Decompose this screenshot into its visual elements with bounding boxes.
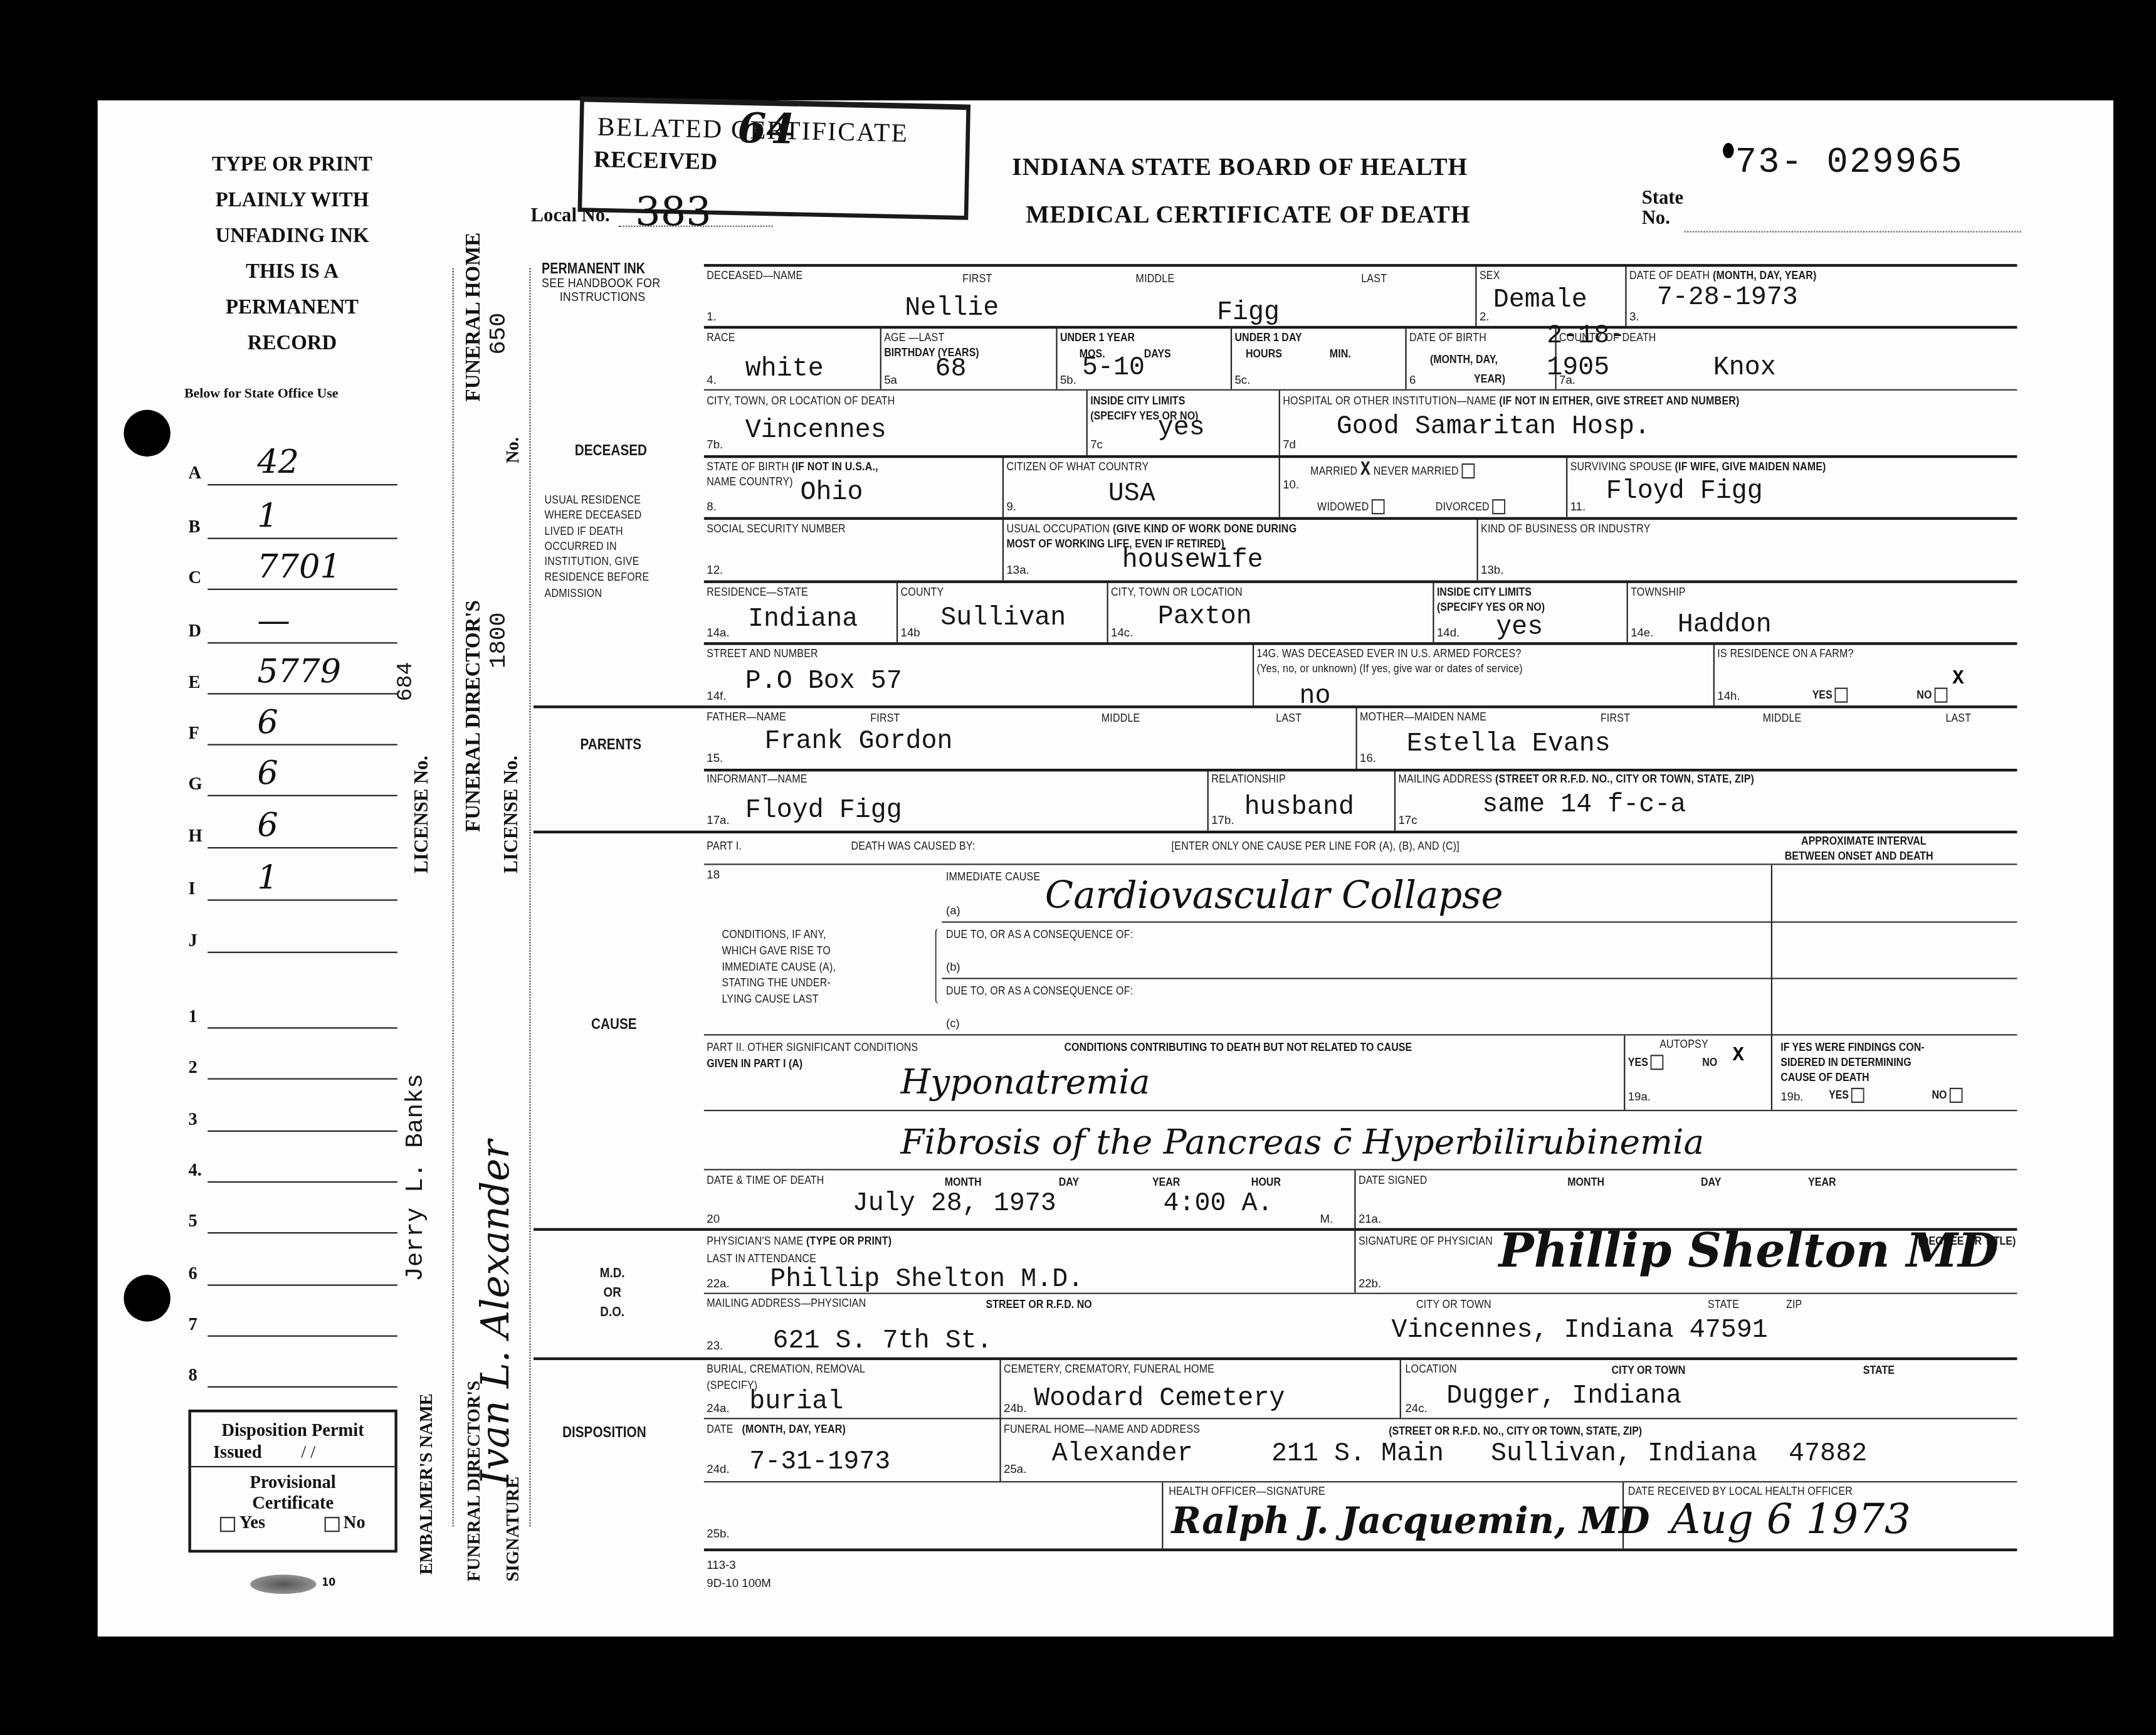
interval-label: APPROXIMATE INTERVAL (1801, 833, 1927, 847)
field-number: 23. (707, 1338, 723, 1352)
age-value[interactable]: 68 (935, 354, 966, 384)
md-or-do: M.D. OR D.O. (598, 1265, 626, 1323)
field-number: 25b. (707, 1526, 729, 1540)
field-number: 7d (1283, 437, 1296, 451)
street-label: STREET AND NUMBER (707, 646, 818, 660)
date-received-label: DATE RECEIVED BY LOCAL HEALTH OFFICER (1628, 1484, 1853, 1497)
findings-sub: SIDERED IN DETERMINING (1780, 1055, 1911, 1068)
farm-label: IS RESIDENCE ON A FARM? (1717, 646, 1853, 660)
deceased-last-name[interactable]: Figg (1217, 297, 1280, 327)
street-rfd-label: STREET OR R.F.D. NO (986, 1297, 1092, 1310)
field-number: 16. (1360, 751, 1376, 764)
field-number: 14a. (707, 626, 729, 640)
disposition-date-label: DATE (MONTH, DAY, YEAR) (707, 1422, 846, 1436)
findings-yes[interactable]: YES (1829, 1088, 1864, 1104)
year-label: YEAR (1808, 1174, 1836, 1188)
field-number: (c) (946, 1016, 960, 1030)
field-number: 17c (1398, 813, 1417, 826)
field-number: 24a. (707, 1401, 729, 1415)
section-disposition: DISPOSITION (562, 1425, 646, 1441)
other-condition-1[interactable]: Hyponatremia (901, 1062, 1150, 1102)
dob-sub2: YEAR) (1474, 371, 1505, 385)
physician-name-label: PHYSICIAN'S NAME (TYPE OR PRINT) (707, 1233, 891, 1247)
state-office-value[interactable]: 7701 (257, 547, 341, 586)
caused-by-label: DEATH WAS CAUSED BY: (851, 839, 975, 853)
field-number: 8. (707, 499, 717, 513)
m-label: M. (1320, 1211, 1333, 1225)
certificate-label: Certificate (191, 1492, 395, 1513)
autopsy-no[interactable]: NO (1702, 1055, 1717, 1068)
min-label: MIN. (1330, 347, 1351, 361)
spouse-value[interactable]: Floyd Figg (1606, 476, 1763, 506)
field-number: 3. (1629, 309, 1639, 323)
field-number: (a) (946, 904, 960, 917)
punch-hole-bottom (124, 1275, 171, 1322)
field-number: 25a. (1004, 1462, 1026, 1475)
residence-inside-city-label: INSIDE CITY LIMITS (1437, 584, 1532, 598)
state-office-value[interactable]: 1 (257, 497, 278, 535)
day-label: DAY (1059, 1174, 1079, 1188)
last-label: LAST (1945, 711, 1971, 725)
fd-signature: Ivan L. Alexander (473, 1140, 518, 1485)
state-office-label: Below for State Office Use (184, 386, 339, 401)
state-office-key: G (188, 773, 202, 795)
hospital-label: HOSPITAL OR OTHER INSTITUTION—NAME (IF N… (1283, 393, 1739, 407)
field-number: 14f. (707, 689, 726, 703)
time-of-death-label: DATE & TIME OF DEATH (707, 1173, 824, 1187)
farm-no-checked[interactable]: X (1952, 668, 1964, 690)
state-office-row: G6 (188, 773, 397, 798)
state-office-key: 6 (188, 1262, 197, 1284)
field-number: 12. (707, 562, 723, 576)
punch-hole-top (124, 410, 171, 457)
field-number: 17a. (707, 813, 729, 826)
state-label: STATE (1863, 1363, 1895, 1376)
county-of-death-label: COUNTY OF DEATH (1559, 330, 1656, 344)
disposition-permit-box: Disposition Permit Issued / / Provisiona… (188, 1410, 397, 1553)
township-value[interactable]: Haddon (1678, 609, 1772, 640)
field-number: 21a. (1359, 1211, 1381, 1225)
union-label-number: 10 (322, 1576, 335, 1588)
field-number: 14e. (1631, 626, 1653, 640)
residence-inside-city-value[interactable]: yes (1496, 612, 1543, 642)
findings-sub2: CAUSE OF DEATH (1780, 1070, 1869, 1084)
state-office-key: B (188, 515, 200, 537)
informant-address-label: MAILING ADDRESS (STREET OR R.F.D. NO., C… (1398, 771, 1754, 785)
state-office-row: E5779 (188, 671, 397, 695)
field-number: 15. (707, 751, 723, 764)
first-label: FIRST (1601, 711, 1630, 725)
burial-value[interactable]: burial (749, 1386, 843, 1416)
field-number: 1. (707, 309, 717, 323)
state-office-key: E (188, 671, 200, 693)
notice-line: THIS IS A (165, 255, 419, 290)
stamp-handwritten-number: 64 (737, 105, 796, 155)
permit-issued-value: / / (301, 1441, 315, 1463)
citizen-label: CITIZEN OF WHAT COUNTRY (1006, 460, 1149, 473)
field-number: 6 (1409, 372, 1416, 386)
embalmer-license-no: 684 (393, 662, 418, 701)
business-label: KIND OF BUSINESS OR INDUSTRY (1481, 521, 1650, 535)
occupation-value[interactable]: housewife (1122, 545, 1263, 575)
state-office-value[interactable]: 6 (257, 703, 278, 741)
autopsy-no-checked[interactable]: X (1732, 1045, 1743, 1067)
dob-sub: (MONTH, DAY, (1430, 352, 1498, 366)
armed-forces-value[interactable]: no (1300, 681, 1331, 711)
date-of-death-value[interactable]: 7-28-1973 (1657, 282, 1798, 312)
provisional-yes[interactable]: Yes (221, 1513, 265, 1532)
funeral-home-no: 650 (486, 313, 513, 355)
checkbox-icon[interactable] (1835, 688, 1848, 703)
section-deceased: DECEASED (575, 443, 647, 459)
state-office-row: 3 (188, 1109, 397, 1133)
occupation-label: USUAL OCCUPATION (GIVE KIND OF WORK DONE… (1006, 521, 1296, 535)
permanent-ink-sub: SEE HANDBOOK FOR (542, 277, 660, 292)
state-office-row: 6 (188, 1262, 397, 1287)
section-parents: PARENTS (581, 737, 642, 754)
ink-notice: TYPE OR PRINT PLAINLY WITH UNFADING INK … (165, 147, 419, 362)
state-office-row: 7 (188, 1314, 397, 1338)
state-office-row: J (188, 930, 397, 954)
field-number: 14c. (1111, 626, 1133, 640)
due-to-c-label: DUE TO, OR AS A CONSEQUENCE OF: (946, 983, 1133, 997)
funeral-home-label: FUNERAL HOME (463, 233, 486, 402)
married-checked[interactable]: X (1360, 460, 1370, 482)
state-office-row: F6 (188, 722, 397, 746)
father-value[interactable]: Frank Gordon (764, 726, 952, 756)
field-number: 24d. (707, 1462, 729, 1475)
union-label-icon (250, 1574, 316, 1594)
embalmer-name: Jerry L. Banks (403, 1073, 431, 1282)
cemetery-value[interactable]: Woodard Cemetery (1034, 1383, 1285, 1413)
usual-residence-note: USUAL RESIDENCE WHERE DECEASED LIVED IF … (545, 492, 666, 601)
residence-inside-sub: (SPECIFY YES OR NO) (1437, 599, 1545, 613)
field-number: 14b (901, 626, 920, 640)
notice-line: RECORD (165, 326, 419, 362)
state-office-row: 1 (188, 1005, 397, 1030)
widowed-option[interactable]: WIDOWED (1317, 499, 1385, 515)
day-label: DAY (1701, 1174, 1721, 1188)
ssn-label: SOCIAL SECURITY NUMBER (707, 521, 846, 535)
inside-city-limits-value[interactable]: yes (1158, 413, 1205, 443)
checkbox-icon[interactable] (1950, 1088, 1963, 1103)
divorced-option[interactable]: DIVORCED (1436, 499, 1506, 515)
field-number: 14d. (1437, 626, 1459, 640)
cause-instruction: [ENTER ONLY ONE CAUSE PER LINE FOR (a), … (1172, 839, 1459, 853)
city-of-death-value[interactable]: Vincennes (745, 415, 886, 445)
field-number: 24b. (1004, 1401, 1026, 1415)
fd-license-label: LICENSE No. (502, 756, 524, 873)
city-of-death-label: CITY, TOWN, OR LOCATION OF DEATH (707, 393, 895, 407)
state-office-row: 8 (188, 1364, 397, 1389)
physician-street-value[interactable]: 621 S. 7th St. (773, 1326, 992, 1356)
age-label: AGE —LAST (884, 330, 944, 344)
last-label: LAST (1276, 711, 1301, 725)
state-office-value[interactable]: — (257, 601, 290, 639)
part1-label: PART I. (707, 839, 742, 853)
spouse-label: SURVIVING SPOUSE (IF WIFE, GIVE MAIDEN N… (1570, 460, 1826, 473)
physician-signature[interactable]: Phillip Shelton MD (1499, 1224, 1999, 1279)
informant-label: INFORMANT—NAME (707, 771, 807, 785)
local-no-value: 383 (635, 188, 711, 235)
field-number: 22b. (1359, 1276, 1381, 1290)
citizen-value[interactable]: USA (1108, 478, 1155, 509)
dob-label: DATE OF BIRTH (1409, 330, 1486, 344)
location-label: LOCATION (1405, 1361, 1456, 1375)
due-to-b-label: DUE TO, OR AS A CONSEQUENCE OF: (946, 927, 1133, 941)
permanent-ink-label: PERMANENT INK (542, 261, 645, 278)
state-office-key: 4. (188, 1159, 201, 1181)
field-number: 11. (1570, 499, 1586, 513)
field-number: 17b. (1211, 813, 1234, 826)
hospital-value[interactable]: Good Samaritan Hosp. (1337, 411, 1650, 441)
funeral-home-no-label: No. (502, 437, 524, 463)
autopsy-yes[interactable]: YES (1628, 1055, 1664, 1070)
conditions-note: CONDITIONS, IF ANY, WHICH GAVE RISE TO I… (722, 927, 854, 1008)
first-label: FIRST (870, 711, 900, 725)
last-in-attendance-label: LAST IN ATTENDANCE (707, 1252, 816, 1265)
state-office-key: J (188, 930, 197, 952)
state-office-key: D (188, 620, 201, 642)
race-label: RACE (707, 330, 735, 344)
provisional-label: Provisional (191, 1472, 395, 1492)
field-number: 5c. (1234, 372, 1250, 386)
date-signed-label: DATE SIGNED (1359, 1173, 1428, 1187)
mother-label: MOTHER—MAIDEN NAME (1360, 710, 1486, 724)
checkbox-icon[interactable] (1462, 464, 1475, 479)
field-number: 13a. (1006, 562, 1029, 576)
checkbox-icon[interactable] (1493, 500, 1506, 515)
county-of-death-value[interactable]: Knox (1713, 352, 1776, 382)
race-value[interactable]: white (745, 354, 824, 384)
part2-sub: GIVEN IN PART I (A) (707, 1056, 802, 1070)
city-label: CITY OR TOWN (1611, 1363, 1685, 1376)
notice-line: UNFADING INK (165, 219, 419, 255)
state-office-value[interactable]: 6 (257, 754, 278, 792)
health-officer-label: HEALTH OFFICER—SIGNATURE (1169, 1484, 1325, 1497)
month-label: MONTH (945, 1174, 982, 1188)
embalmer-name-label: EMBALMER'S NAME (415, 1393, 437, 1574)
notice-line: TYPE OR PRINT (165, 147, 419, 183)
sex-value[interactable]: Demale (1493, 285, 1587, 315)
field-number: 13b. (1481, 562, 1503, 576)
location-value[interactable]: Dugger, Indiana (1446, 1381, 1681, 1411)
state-office-value[interactable]: 5779 (257, 652, 341, 690)
findings-label: IF YES WERE FINDINGS CON- (1780, 1040, 1925, 1053)
time-of-death-hour[interactable]: 4:00 A. (1163, 1188, 1273, 1218)
state-office-key: 1 (188, 1005, 197, 1027)
zip-label: ZIP (1786, 1297, 1802, 1310)
hour-label: HOUR (1251, 1174, 1281, 1188)
part2-contributing: CONDITIONS CONTRIBUTING TO DEATH BUT NOT… (1065, 1040, 1412, 1053)
provisional-no[interactable]: No (324, 1513, 365, 1532)
state-office-key: H (188, 825, 202, 847)
agency-title: INDIANA STATE BOARD OF HEALTH (1012, 152, 1468, 181)
state-office-row: B1 (188, 515, 397, 540)
farm-no[interactable]: NO (1917, 688, 1947, 704)
section-cause: CAUSE (591, 1016, 637, 1033)
funeral-home-address-label: (STREET OR R.F.D. NO., CITY OR TOWN, STA… (1389, 1423, 1642, 1437)
field-number: 24c. (1405, 1401, 1427, 1415)
signature-label: SIGNATURE (502, 1477, 524, 1581)
middle-label: MIDDLE (1763, 711, 1802, 725)
under-1-year-label: UNDER 1 YEAR (1060, 330, 1135, 344)
middle-label: MIDDLE (1136, 271, 1175, 285)
field-number: 22a. (707, 1276, 729, 1290)
checkbox-icon[interactable] (221, 1516, 236, 1531)
date-of-death-label: DATE OF DEATH (MONTH, DAY, YEAR) (1629, 268, 1817, 282)
relationship-value[interactable]: husband (1244, 792, 1354, 822)
field-number: 19b. (1780, 1089, 1803, 1103)
state-of-birth-sub: NAME COUNTRY) (707, 475, 793, 488)
middle-label: MIDDLE (1102, 711, 1140, 725)
first-label: FIRST (962, 271, 992, 285)
state-office-row: C7701 (188, 567, 397, 591)
state-no-label: State (1642, 188, 1684, 210)
residence-city-value[interactable]: Paxton (1158, 601, 1252, 631)
state-number: 73- 029965 (1735, 142, 1964, 183)
state-office-value[interactable]: 42 (257, 443, 299, 481)
checkbox-icon[interactable] (1935, 688, 1948, 703)
state-office-key: C (188, 567, 201, 589)
state-no-dot (1723, 143, 1734, 158)
state-of-birth-value[interactable]: Ohio (800, 477, 863, 507)
state-office-row: H6 (188, 825, 397, 850)
field-number: 2. (1480, 309, 1490, 323)
field-number: 5b. (1060, 372, 1076, 386)
state-of-birth-label: STATE OF BIRTH (IF NOT IN U.S.A., (707, 460, 878, 473)
field-number: 20 (707, 1211, 720, 1225)
relationship-label: RELATIONSHIP (1211, 771, 1286, 785)
state-office-key: F (188, 722, 199, 744)
mother-value[interactable]: Estella Evans (1407, 729, 1611, 759)
informant-value[interactable]: Floyd Figg (745, 795, 902, 825)
state-office-row: 2 (188, 1056, 397, 1080)
state-office-row: 4. (188, 1159, 397, 1184)
permit-issued-label: Issued (213, 1441, 262, 1462)
field-number: 9. (1006, 499, 1016, 513)
form-code: 113-3 (707, 1558, 735, 1572)
field-number: 18 (707, 868, 720, 882)
date-received-value[interactable]: Aug 6 1973 (1671, 1496, 1911, 1544)
immediate-cause-value[interactable]: Cardiovascular Collapse (1045, 875, 1503, 917)
inside-city-limits-label: INSIDE CITY LIMITS (1090, 393, 1185, 407)
state-office-key: I (188, 877, 195, 899)
hours-label: HOURS (1246, 347, 1282, 361)
field-number: 19a. (1628, 1089, 1651, 1103)
residence-county-label: COUNTY (901, 584, 944, 598)
field-number: 7b. (707, 437, 723, 451)
state-office-row: I1 (188, 877, 397, 902)
immediate-cause-label: IMMEDIATE CAUSE (946, 869, 1040, 883)
disposition-date-value[interactable]: 7-31-1973 (749, 1447, 890, 1477)
autopsy-label: AUTOPSY (1659, 1037, 1708, 1051)
residence-state-label: RESIDENCE—STATE (707, 584, 808, 598)
deceased-first-name[interactable]: Nellie (905, 293, 999, 323)
field-number: 10. (1283, 477, 1299, 491)
findings-no[interactable]: NO (1932, 1088, 1962, 1104)
state-label: STATE (1708, 1297, 1739, 1310)
farm-yes[interactable]: YES (1812, 688, 1848, 704)
sex-label: SEX (1480, 268, 1500, 282)
month-label: MONTH (1567, 1174, 1604, 1188)
form-code-2: 9D-10 100M (707, 1576, 771, 1590)
field-number: (b) (946, 960, 960, 974)
checkbox-icon[interactable] (1852, 1088, 1865, 1103)
physician-signature-label: SIGNATURE OF PHYSICIAN (1359, 1233, 1493, 1247)
field-number: 4. (707, 372, 717, 386)
field-number: 7a. (1559, 372, 1575, 386)
notice-line: PLAINLY WITH (165, 183, 419, 219)
state-office-key: A (188, 462, 201, 484)
residence-state-value[interactable]: Indiana (748, 604, 858, 634)
residence-county-value[interactable]: Sullivan (940, 603, 1066, 633)
permit-title: Disposition Permit (191, 1419, 395, 1441)
married-option[interactable]: MARRIED X NEVER MARRIED (1310, 460, 1475, 482)
state-office-row: D— (188, 620, 397, 645)
days-label: DAYS (1144, 347, 1171, 361)
street-value[interactable]: P.O Box 57 (745, 666, 902, 696)
embalmer-license-label: LICENSE No. (413, 756, 434, 873)
local-no-label: Local No. (531, 206, 610, 228)
state-office-key: 7 (188, 1314, 197, 1336)
name-label: DECEASED—NAME (707, 268, 802, 282)
physician-city-value[interactable]: Vincennes, Indiana 47591 (1392, 1315, 1768, 1345)
physician-address-label: MAILING ADDRESS—PHYSICIAN (707, 1295, 866, 1309)
state-office-row: 5 (188, 1210, 397, 1235)
cemetery-label: CEMETERY, CREMATORY, FUNERAL HOME (1004, 1361, 1214, 1375)
state-office-key: 3 (188, 1109, 197, 1131)
funeral-home-name-label: FUNERAL HOME—NAME AND ADDRESS (1004, 1422, 1200, 1436)
funeral-home-value[interactable]: Alexander 211 S. Main Sullivan, Indiana … (1052, 1438, 1867, 1469)
state-office-value[interactable]: 6 (257, 806, 278, 844)
armed-forces-sub: (Yes, no, or unknown) (If yes, give war … (1257, 662, 1523, 675)
under-1-year-value[interactable]: 5-10 (1082, 352, 1145, 382)
state-office-row: A42 (188, 462, 397, 487)
part2-label: PART II. OTHER SIGNIFICANT CONDITIONS (707, 1040, 918, 1053)
burial-label: BURIAL, CREMATION, REMOVAL (707, 1361, 865, 1375)
armed-forces-label: 14g. WAS DECEASED EVER IN U.S. ARMED FOR… (1257, 646, 1522, 660)
state-office-key: 8 (188, 1364, 197, 1386)
document-title: MEDICAL CERTIFICATE OF DEATH (1026, 201, 1471, 229)
funeral-director-label: FUNERAL DIRECTOR'S (463, 600, 486, 832)
other-condition-2[interactable]: Fibrosis of the Pancreas c̄ Hyperbilirub… (901, 1122, 1705, 1163)
year-label: YEAR (1152, 1174, 1181, 1188)
township-label: TOWNSHIP (1631, 584, 1686, 598)
state-office-key: 5 (188, 1210, 197, 1232)
field-number: 5a (884, 372, 897, 386)
notice-line: PERMANENT (165, 290, 419, 326)
checkbox-icon[interactable] (324, 1516, 339, 1531)
time-of-death-date[interactable]: July 28, 1973 (853, 1188, 1056, 1218)
field-number: 7c (1090, 437, 1103, 451)
last-label: LAST (1361, 271, 1387, 285)
checkbox-icon[interactable] (1651, 1055, 1664, 1070)
city-label: CITY OR TOWN (1416, 1297, 1491, 1310)
dob-year-value[interactable]: 1905 (1547, 352, 1609, 382)
checkbox-icon[interactable] (1372, 500, 1385, 515)
field-number: 14h. (1717, 689, 1740, 703)
father-label: FATHER—NAME (707, 710, 786, 724)
fd-license-no: 1800 (486, 612, 513, 668)
state-office-key: 2 (188, 1056, 197, 1078)
physician-name-value[interactable]: Phillip Shelton M.D. (770, 1264, 1083, 1294)
permanent-ink-sub2: INSTRUCTIONS (560, 290, 646, 305)
health-officer-signature[interactable]: Ralph J. Jacquemin, MD (1172, 1502, 1650, 1543)
informant-address-value[interactable]: same 14 f-c-a (1482, 789, 1686, 820)
state-office-value[interactable]: 1 (257, 858, 278, 897)
state-no-label-2: No. (1642, 209, 1670, 231)
